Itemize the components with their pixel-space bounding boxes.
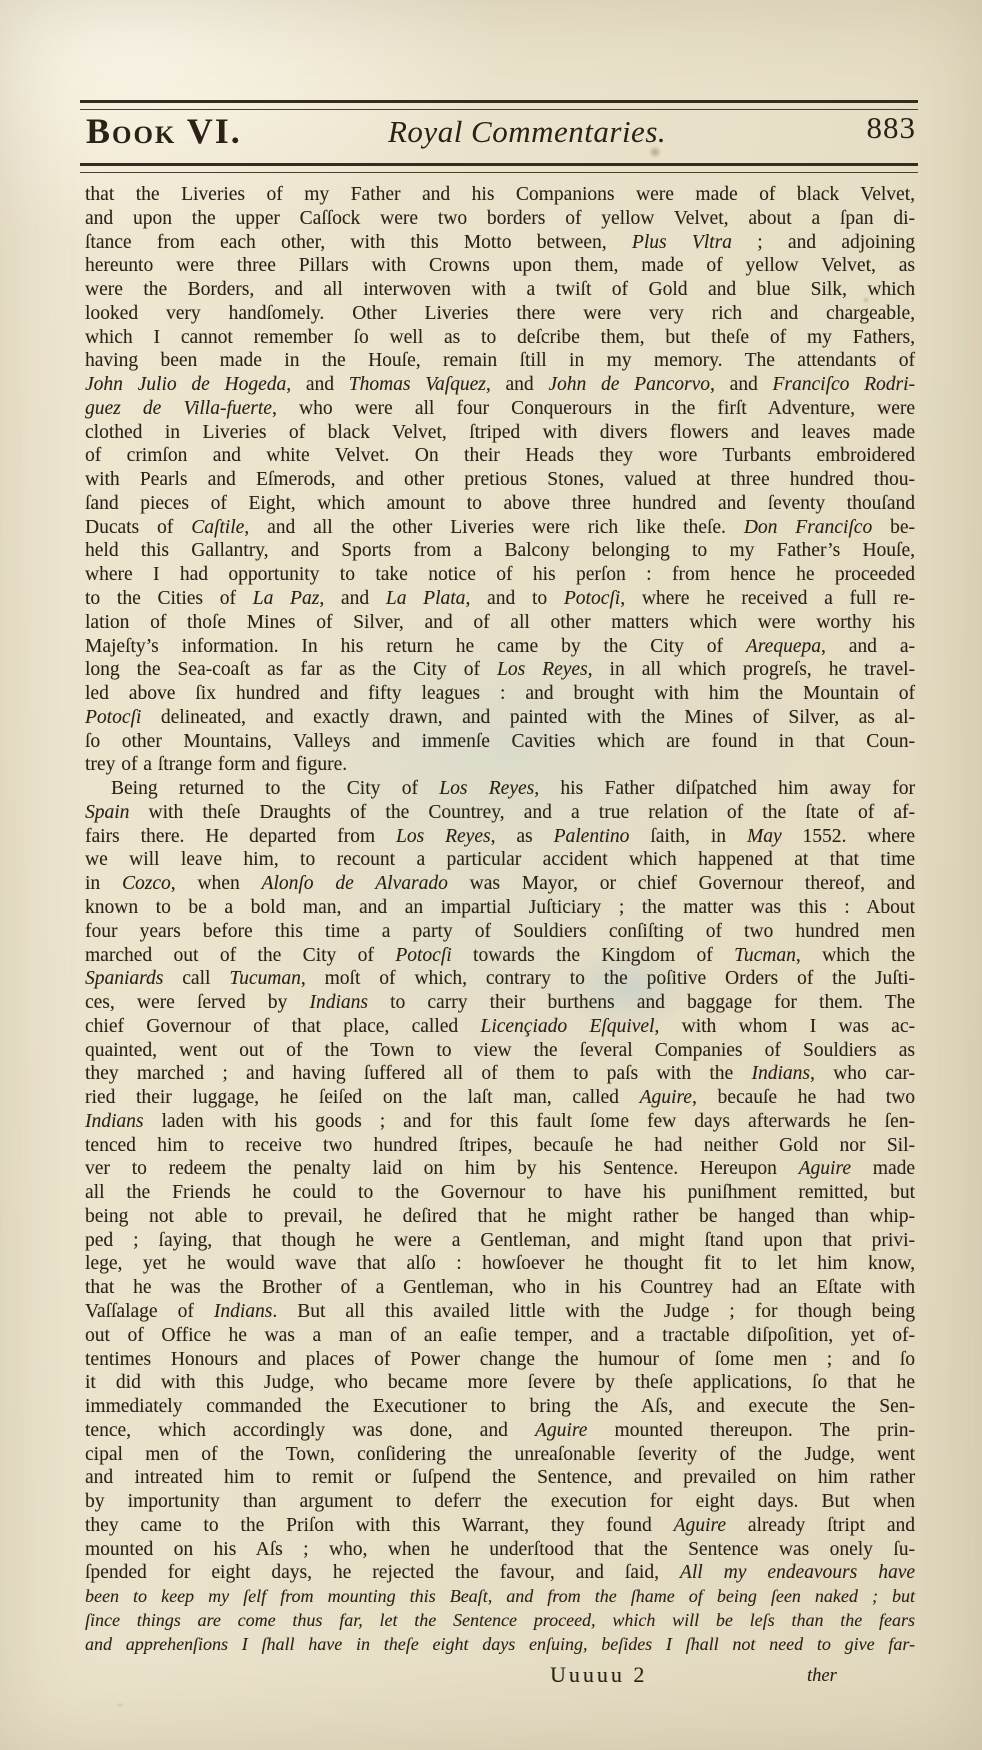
body-line: which I cannot remember ſo well as to de… <box>85 326 915 350</box>
body-line: hereunto were three Pillars with Crowns … <box>85 254 915 278</box>
body-line: cipal men of the Town, conſidering the u… <box>85 1443 915 1467</box>
body-line: Spaniards call Tucuman, moſt of which, c… <box>85 967 915 991</box>
body-line: and intreated him to remit or ſuſpend th… <box>85 1466 915 1490</box>
body-line: that the Liveries of my Father and his C… <box>85 183 915 207</box>
body-line: of crimſon and white Velvet. On their He… <box>85 444 915 468</box>
body-line: having been made in the Houſe, remain ſt… <box>85 349 915 373</box>
body-line: known to be a bold man, and an impartial… <box>85 896 915 920</box>
body-line: led above ſix hundred and fifty leagues … <box>85 682 915 706</box>
body-line: immediately commanded the Executioner to… <box>85 1395 915 1419</box>
body-line: clothed in Liveries of black Velvet, ſtr… <box>85 421 915 445</box>
book-page: { "page": { "header": { "book": "Book VI… <box>0 0 982 1750</box>
body-line: Potocſi delineated, and exactly drawn, a… <box>85 706 915 730</box>
signature-row: Uuuuu 2 ther <box>85 1662 915 1696</box>
body-line: lege, yet he would wave that alſo : howſ… <box>85 1252 915 1276</box>
body-line: Majeſty’s information. In his return he … <box>85 635 915 659</box>
body-line: were the Borders, and all interwoven wit… <box>85 278 915 302</box>
body-line: John Julio de Hogeda, and Thomas Vaſquez… <box>85 373 915 397</box>
page-header: Book VI. Royal Commentaries. 883 <box>80 106 918 162</box>
body-line: being not able to prevail, he deſired th… <box>85 1205 915 1229</box>
body-line: ſince things are come thus far, let the … <box>85 1609 915 1633</box>
page-title: Royal Commentaries. <box>388 114 666 150</box>
body-line: by importunity than argument to deferr t… <box>85 1490 915 1514</box>
body-line: Indians laden with his goods ; and for t… <box>85 1110 915 1134</box>
body-line: ſand pieces of Eight, which amount to ab… <box>85 492 915 516</box>
body-line: looked very handſomely. Other Liveries t… <box>85 302 915 326</box>
catchword: ther <box>807 1666 837 1687</box>
body-line: we will leave him, to recount a particul… <box>85 848 915 872</box>
body-line: to the Cities of La Paz, and La Plata, a… <box>85 587 915 611</box>
body-line: Vaſſalage of Indians. But all this avail… <box>85 1300 915 1324</box>
signature-mark: Uuuuu 2 <box>550 1662 647 1688</box>
body-line: and upon the upper Caſſock were two bord… <box>85 207 915 231</box>
body-line: ces, were ſerved by Indians to carry the… <box>85 991 915 1015</box>
body-line: marched out of the City of Potocſi towar… <box>85 944 915 968</box>
body-line: fairs there. He departed from Los Reyes,… <box>85 825 915 849</box>
body-line: ried their luggage, he ſeiſed on the laſ… <box>85 1086 915 1110</box>
body-line: been to keep my ſelf from mounting this … <box>85 1585 915 1609</box>
body-line: held this Gallantry, and Sports from a B… <box>85 539 915 563</box>
body-line: tentimes Honours and places of Power cha… <box>85 1348 915 1372</box>
body-line: all the Friends he could to the Governou… <box>85 1181 915 1205</box>
body-line: four years before this time a party of S… <box>85 920 915 944</box>
body-line: mounted on his Aſs ; who, when he underſ… <box>85 1538 915 1562</box>
body-line: in Cozco, when Alonſo de Alvarado was Ma… <box>85 872 915 896</box>
body-line: where I had opportunity to take notice o… <box>85 563 915 587</box>
body-line: that he was the Brother of a Gentleman, … <box>85 1276 915 1300</box>
book-label: Book VI. <box>86 110 242 152</box>
page: Book VI. Royal Commentaries. 883 that th… <box>0 0 982 1750</box>
body-line: ver to redeem the penalty laid on him by… <box>85 1157 915 1181</box>
body-line: Spain with theſe Draughts of the Countre… <box>85 801 915 825</box>
body-line: with Pearls and Eſmerods, and other pret… <box>85 468 915 492</box>
body-line: trey of a ſtrange form and figure. <box>85 753 915 777</box>
body-line: guez de Villa-fuerte, who were all four … <box>85 397 915 421</box>
body-line: tenced him to receive two hundred ſtripe… <box>85 1134 915 1158</box>
page-number: 883 <box>867 110 917 146</box>
body-line: lation of thoſe Mines of Silver, and of … <box>85 611 915 635</box>
body-line: and apprehenſions I ſhall have in theſe … <box>85 1633 915 1657</box>
body-line: long the Sea-coaſt as far as the City of… <box>85 658 915 682</box>
header-rule-bottom <box>80 163 918 173</box>
body-line: quainted, went out of the Town to view t… <box>85 1039 915 1063</box>
body-line: they marched ; and having ſuffered all o… <box>85 1062 915 1086</box>
body-line: ſo other Mountains, Valleys and immenſe … <box>85 730 915 754</box>
body-line: tence, which accordingly was done, and A… <box>85 1419 915 1443</box>
body-line: chief Governour of that place, called Li… <box>85 1015 915 1039</box>
body-line: ped ; ſaying, that though he were a Gent… <box>85 1229 915 1253</box>
body-line: ſtance from each other, with this Motto … <box>85 231 915 255</box>
body-line: they came to the Priſon with this Warran… <box>85 1514 915 1538</box>
text-block: that the Liveries of my Father and his C… <box>85 183 915 1656</box>
body-line: Ducats of Caſtile, and all the other Liv… <box>85 516 915 540</box>
body-line: out of Office he was a man of an eaſie t… <box>85 1324 915 1348</box>
body-line: ſpended for eight days, he rejected the … <box>85 1561 915 1585</box>
body-line: Being returned to the City of Los Reyes,… <box>85 777 915 801</box>
body-line: it did with this Judge, who became more … <box>85 1371 915 1395</box>
